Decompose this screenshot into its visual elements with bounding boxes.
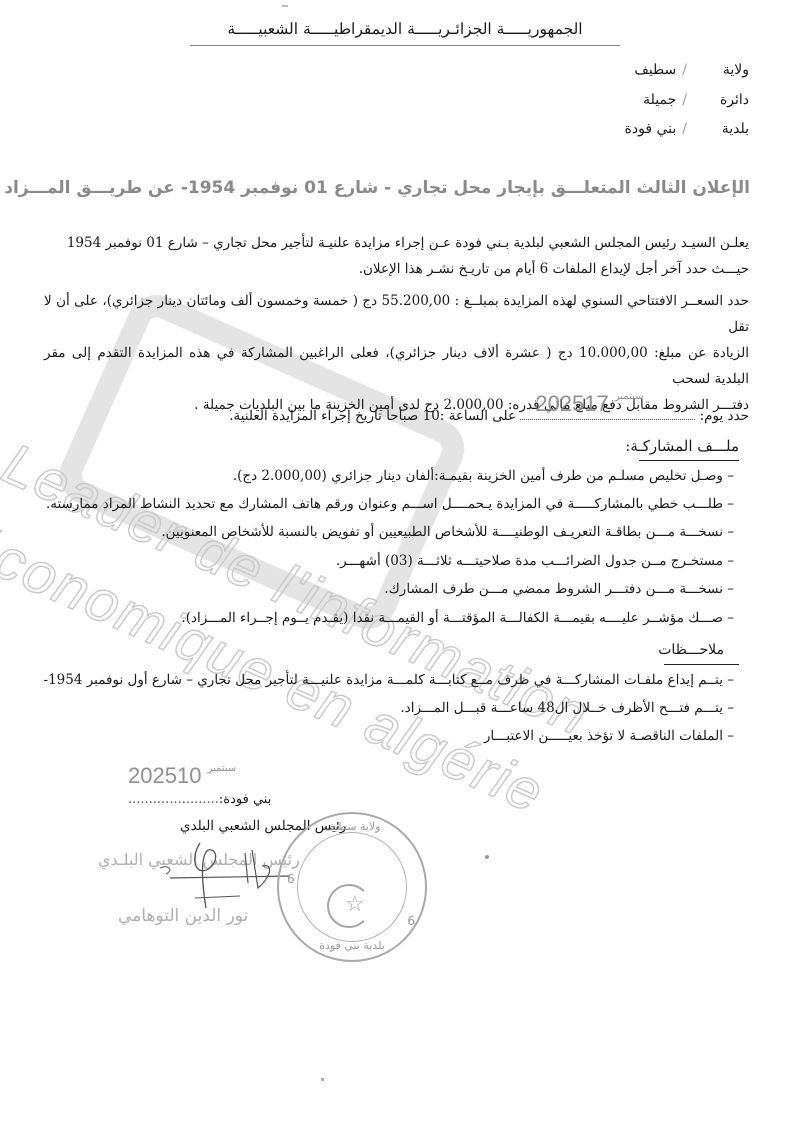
stamp-day: 10 [177,763,201,788]
participation-heading-underline [639,460,739,461]
place-dots: ...................... [128,792,219,807]
republic-heading: الجمهوريـــــة الجزائـريـــــة الديمقراط… [190,20,620,38]
stamp-year: 2025 [128,763,177,788]
admin-value: بني فودة [625,121,677,137]
republic-underline [190,45,620,46]
participation-heading: ملـــف المشاركـة: [625,437,739,455]
participation-item: – صـــك مؤشــر عليــــه بقيمـــة الكفالـ… [181,610,734,626]
participation-item: – نسخـــة مـــن بطاقـة التعريـف الوطنيــ… [161,524,734,540]
admin-label: بلدية [693,121,749,137]
star-icon: ☆ [345,892,365,917]
participation-item: – طلـــب خطي بالمشاركـــــة في المزايدة … [46,496,734,512]
scan-speck [321,1078,324,1081]
admin-label: دائرة [693,92,749,108]
notice-title: الإعلان الثالث المتعلـــق بإيجار محل تجا… [60,178,750,198]
admin-daira: دائرة/جميلة [643,92,749,108]
scan-speck [485,855,489,859]
paragraph-line: يعلـن السيـد رئيس المجلس الشعبي لبلدية ب… [44,230,749,256]
admin-commune: بلدية/بني فودة [625,121,749,137]
paragraph-line: حيـــث حدد آخر أجل لإيداع الملفات 6 أيام… [44,256,749,282]
admin-wilaya: ولاية/سطيف [634,62,749,78]
admin-value: سطيف [634,62,676,78]
seal-number: 6 [287,872,295,886]
stamp-month: سبتمبر [615,391,644,402]
stamp-day: 17 [584,391,608,416]
participation-item: – وصـل تخليص مسلـم من طرف أمين الخزينة ب… [233,468,734,484]
paragraph-line: حدد السعــر الافتتاحي السنوي لهذه المزاي… [44,288,749,340]
admin-value: جميلة [643,92,676,108]
handwritten-signature [140,838,290,918]
stamp-year: 2025 [535,391,584,416]
paragraph-line: الزيادة عن مبلغ: 10.000,00 دج ( عشرة ألا… [44,340,749,392]
place-label: بني فودة: [219,792,271,807]
seal-number: 6 [407,914,415,928]
date-fill-field: 2025سبتمبر17 [520,405,695,420]
auction-date-stamp: 2025سبتمبر17 [535,391,649,417]
notes-item: – يتـــم فتـــح الأظرف خــلال ال48 ساعــ… [400,700,734,716]
admin-label: ولاية [693,62,749,78]
paragraph-announcement: يعلـن السيـد رئيس المجلس الشعبي لبلدية ب… [44,230,749,282]
date-suffix: على الساعة :10 صباحا تاريخ إجراء المزايد… [229,408,516,424]
notes-item: – الملفات الناقصـة لا تؤخذ بعيـــــن الا… [484,728,734,744]
stamp-month: سبتمبر [207,763,236,774]
signature-date-stamp: 2025سبتمبر10 [128,763,242,789]
notes-heading: ملاحـــظات [658,642,724,658]
date-prefix: حدد يوم: [700,408,749,424]
auction-date-line: حدد يوم: 2025سبتمبر17 على الساعة :10 صبا… [229,405,749,424]
watermark: Leader de l'information économique en al… [0,390,660,810]
notes-heading-underline [664,664,739,665]
seal-bottom-text: بلدية بني فودة [279,939,425,952]
municipal-seal: ولاية سطيف ☆ 6 6 بلدية بني فودة [277,812,427,962]
notes-item: – يتــم إيداع ملفـات المشاركـــة في ظرف … [44,672,734,688]
participation-item: – مستخـرج مــن جدول الضرائـــب مدة صلاحي… [336,553,734,569]
signature-place-line: بني فودة:...................... [128,792,271,807]
participation-item: – نسخـــة مـــن دفتـــر الشروط ممضي مـــ… [384,581,734,597]
scan-speck [282,5,288,7]
notice-page: Leader de l'information économique en al… [0,0,794,1122]
